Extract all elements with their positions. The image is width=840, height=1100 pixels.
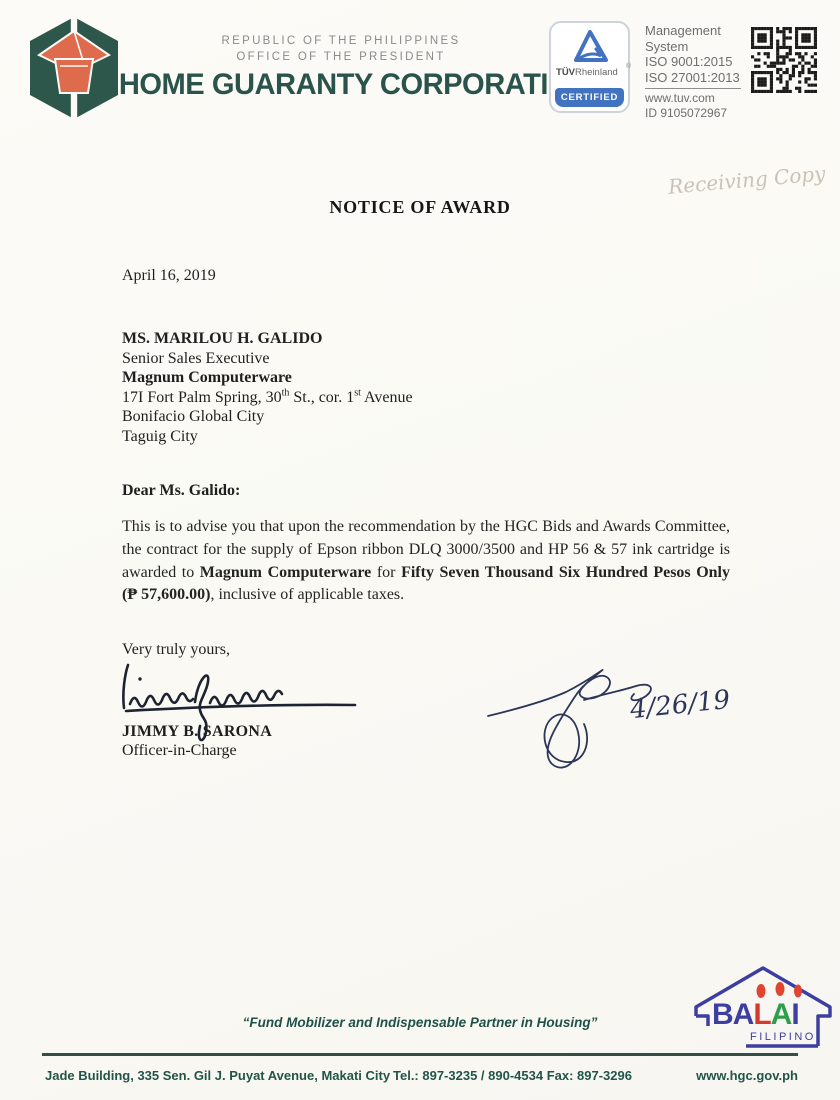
recipient-address-3: Taguig City bbox=[122, 427, 413, 447]
cert-divider bbox=[645, 88, 741, 89]
scanned-letter-page: { "header": { "line1": "REPUBLIC OF THE … bbox=[0, 0, 840, 1100]
closing-phrase: Very truly yours, bbox=[122, 641, 230, 659]
signer-name: JIMMY B. SARONA bbox=[122, 723, 272, 741]
recipient-address-2: Bonifacio Global City bbox=[122, 407, 413, 427]
hgc-logo bbox=[24, 16, 124, 120]
svg-text:FILIPINO: FILIPINO bbox=[750, 1031, 816, 1043]
recipient-name: MS. MARILOU H. GALIDO bbox=[122, 329, 413, 349]
tagline: “Fund Mobilizer and Indispensable Partne… bbox=[0, 1015, 840, 1030]
recipient-address-1: 17I Fort Palm Spring, 30th St., cor. 1st… bbox=[122, 388, 413, 408]
cert-line: System bbox=[645, 39, 745, 55]
tuv-brand: TÜVRheinland® bbox=[551, 67, 628, 78]
cert-line: Management bbox=[645, 23, 745, 39]
letterhead: REPUBLIC OF THE PHILIPPINES OFFICE OF TH… bbox=[112, 33, 570, 102]
iso-certification-block: Management System ISO 9001:2015 ISO 2700… bbox=[645, 23, 745, 121]
cert-line: ISO 27001:2013 bbox=[645, 70, 745, 86]
footer-phone: Tel.: 897-3235 / 890-4534 Fax: 897-3296 bbox=[393, 1068, 632, 1083]
certified-ribbon: CERTIFIED bbox=[555, 88, 624, 107]
qr-code bbox=[751, 27, 817, 93]
tuv-url: www.tuv.com bbox=[645, 91, 745, 106]
letter-body: This is to advise you that upon the reco… bbox=[122, 516, 730, 607]
republic-line: REPUBLIC OF THE PHILIPPINES bbox=[112, 33, 570, 49]
tuv-id: ID 9105072967 bbox=[645, 106, 745, 121]
salutation: Dear Ms. Galido: bbox=[122, 482, 240, 500]
footer-website: www.hgc.gov.ph bbox=[696, 1068, 798, 1083]
tuv-certified-badge: TÜVRheinland® CERTIFIED bbox=[549, 21, 630, 113]
signer-title: Officer-in-Charge bbox=[122, 742, 237, 760]
footer-divider bbox=[42, 1053, 798, 1056]
cert-line: ISO 9001:2015 bbox=[645, 54, 745, 70]
recipient-company: Magnum Computerware bbox=[122, 368, 413, 388]
recipient-block: MS. MARILOU H. GALIDO Senior Sales Execu… bbox=[122, 329, 413, 446]
tuv-triangle-icon bbox=[570, 29, 610, 65]
letter-date: April 16, 2019 bbox=[122, 267, 216, 285]
footer-address: Jade Building, 335 Sen. Gil J. Puyat Ave… bbox=[45, 1068, 390, 1083]
registered-mark: ® bbox=[626, 63, 631, 70]
handwritten-received-date: 4/26/19 bbox=[629, 685, 732, 725]
balai-filipino-logo: BALAI FILIPINO bbox=[688, 960, 838, 1054]
org-name: HOME GUARANTY CORPORATION bbox=[119, 68, 563, 102]
document-title: NOTICE OF AWARD bbox=[0, 197, 840, 218]
recipient-role: Senior Sales Executive bbox=[122, 349, 413, 369]
handwritten-receiving-copy: Receiving Copy bbox=[667, 161, 826, 199]
office-line: OFFICE OF THE PRESIDENT bbox=[112, 49, 570, 65]
